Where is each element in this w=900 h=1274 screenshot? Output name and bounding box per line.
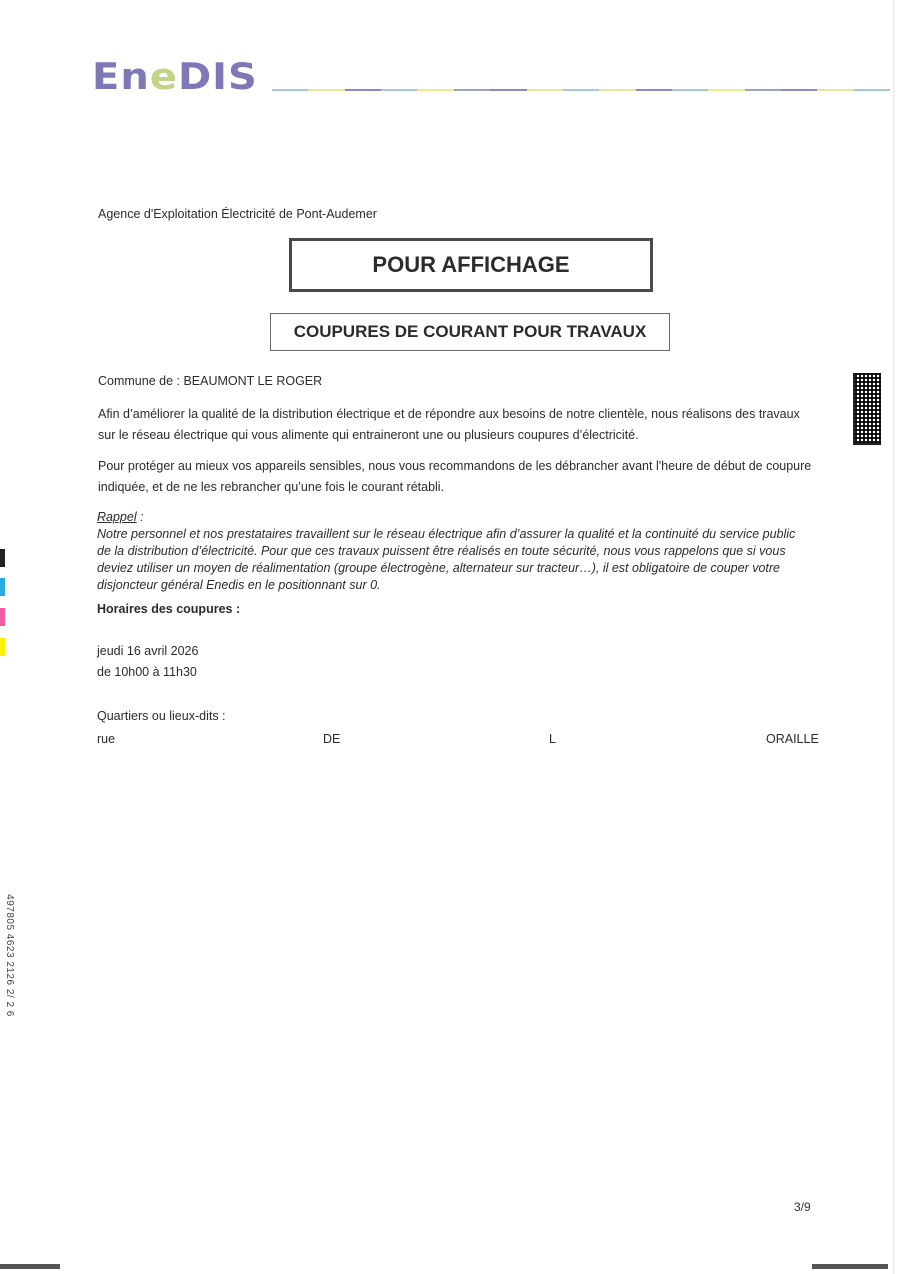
- rappel-line: de la distribution d’électricité. Pour q…: [97, 543, 817, 560]
- place-part-1: rue: [97, 729, 115, 749]
- rappel-heading: Rappel :: [97, 509, 817, 526]
- rule-segment: [854, 89, 890, 91]
- paragraph-intro: Afin d’améliorer la qualité de la distri…: [98, 404, 818, 446]
- page-title: POUR AFFICHAGE: [372, 252, 569, 278]
- title-box: POUR AFFICHAGE: [289, 238, 653, 292]
- rule-segment: [490, 89, 526, 91]
- datamatrix-code: [853, 373, 881, 445]
- rule-segment: [708, 89, 744, 91]
- place-part-4: ORAILLE: [766, 729, 819, 749]
- rule-segment: [381, 89, 417, 91]
- place-part-2: DE: [323, 729, 340, 749]
- paragraph-intro-line: sur le réseau électrique qui vous alimen…: [98, 425, 818, 446]
- page-number: 3/9: [794, 1200, 811, 1214]
- schedule-time: de 10h00 à 11h30: [97, 662, 197, 682]
- places-heading: Quartiers ou lieux-dits :: [97, 706, 226, 726]
- commune-label: Commune de :: [98, 374, 180, 388]
- footer-bar-right: [812, 1264, 888, 1269]
- enedis-logo: EneDIS: [92, 58, 258, 97]
- paragraph-advice: Pour protéger au mieux vos appareils sen…: [98, 456, 818, 498]
- rule-segment: [308, 89, 344, 91]
- rappel-block: Rappel : Notre personnel et nos prestata…: [97, 509, 817, 594]
- logo-part-3: DIS: [178, 56, 258, 98]
- rule-segment: [599, 89, 635, 91]
- rule-segment: [563, 89, 599, 91]
- schedule-date: jeudi 16 avril 2026: [97, 641, 198, 661]
- vertical-tracking-code: 497805 4623 2126 2/ 2 6: [4, 894, 15, 1017]
- logo-part-2: e: [150, 56, 178, 98]
- print-mark-black: [0, 549, 5, 567]
- paragraph-intro-line: Afin d’améliorer la qualité de la distri…: [98, 404, 818, 425]
- rappel-line: Notre personnel et nos prestataires trav…: [97, 526, 817, 543]
- agency-name: Agence d'Exploitation Électricité de Pon…: [98, 204, 377, 224]
- page-subtitle: COUPURES DE COURANT POUR TRAVAUX: [294, 322, 647, 342]
- footer-bar-left: [0, 1264, 60, 1269]
- rule-segment: [454, 89, 490, 91]
- rule-segment: [745, 89, 781, 91]
- logo-part-1: En: [92, 56, 150, 98]
- page-edge: [893, 0, 894, 1274]
- rappel-label: Rappel: [97, 510, 137, 524]
- rappel-colon: :: [137, 510, 144, 524]
- rule-segment: [817, 89, 853, 91]
- rappel-line: deviez utiliser un moyen de réalimentati…: [97, 560, 817, 577]
- paragraph-advice-line: indiquée, et de ne les rebrancher qu’une…: [98, 477, 818, 498]
- header-rule: [272, 89, 890, 92]
- rappel-line: disjoncteur général Enedis en le positio…: [97, 577, 817, 594]
- paragraph-advice-line: Pour protéger au mieux vos appareils sen…: [98, 456, 818, 477]
- place-part-3: L: [549, 729, 556, 749]
- rule-segment: [781, 89, 817, 91]
- rule-segment: [636, 89, 672, 91]
- rule-segment: [672, 89, 708, 91]
- print-mark-magenta: [0, 608, 5, 626]
- print-mark-yellow: [0, 638, 5, 656]
- rule-segment: [345, 89, 381, 91]
- rule-segment: [527, 89, 563, 91]
- rule-segment: [417, 89, 453, 91]
- schedule-heading: Horaires des coupures :: [97, 599, 240, 619]
- print-mark-cyan: [0, 578, 5, 596]
- commune-line: Commune de : BEAUMONT LE ROGER: [98, 371, 322, 391]
- commune-value: BEAUMONT LE ROGER: [183, 374, 322, 388]
- subtitle-box: COUPURES DE COURANT POUR TRAVAUX: [270, 313, 670, 351]
- rule-segment: [272, 89, 308, 91]
